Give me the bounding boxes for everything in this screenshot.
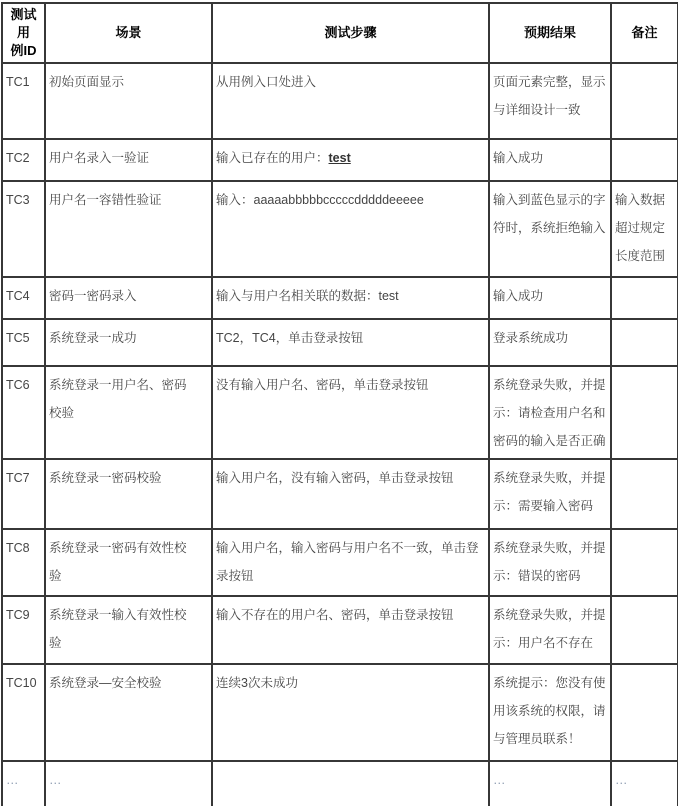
table-row: TC1 初始页面显示 从用例入口处进入 页面元素完整，显示 与详细设计一致 bbox=[2, 63, 678, 139]
cell-case-id: TC4 bbox=[2, 277, 45, 319]
cell-expected: 输入成功 bbox=[489, 277, 611, 319]
col-header-note: 备注 bbox=[611, 3, 678, 63]
cell-steps: 从用例入口处进入 bbox=[212, 63, 489, 139]
cell-steps: 输入：aaaaabbbbbcccccdddddeeeee bbox=[212, 181, 489, 277]
cell-note bbox=[611, 529, 678, 596]
cell-scene: 密码一密码录入 bbox=[45, 277, 212, 319]
cell-note bbox=[611, 63, 678, 139]
page: 测试用 例ID 场景 测试步骤 预期结果 备注 TC1 初始页面显示 从用例入口… bbox=[0, 0, 678, 806]
cell-case-id: TC2 bbox=[2, 139, 45, 181]
cell-steps: 没有输入用户名、密码，单击登录按钮 bbox=[212, 366, 489, 459]
cell-expected: … bbox=[489, 761, 611, 806]
cell-expected: 输入到蓝色显示的字 符时，系统拒绝输入 bbox=[489, 181, 611, 277]
cell-note bbox=[611, 596, 678, 664]
cell-case-id: TC1 bbox=[2, 63, 45, 139]
cell-steps: 输入不存在的用户名、密码，单击登录按钮 bbox=[212, 596, 489, 664]
table-row: TC10 系统登录—安全校验 连续3次未成功 系统提示：您没有使 用该系统的权限… bbox=[2, 664, 678, 761]
cell-expected: 系统登录失败，并提 示：请检查用户名和 密码的输入是否正确 bbox=[489, 366, 611, 459]
cell-case-id: TC10 bbox=[2, 664, 45, 761]
steps-text: 输入已存在的用户： bbox=[216, 151, 329, 165]
test-link[interactable]: test bbox=[329, 151, 351, 165]
cell-steps: 输入与用户名相关联的数据：test bbox=[212, 277, 489, 319]
cell-case-id: TC7 bbox=[2, 459, 45, 529]
cell-scene: 系统登录一密码有效性校 验 bbox=[45, 529, 212, 596]
header-row: 测试用 例ID 场景 测试步骤 预期结果 备注 bbox=[2, 3, 678, 63]
col-header-case-id: 测试用 例ID bbox=[2, 3, 45, 63]
cell-case-id: TC9 bbox=[2, 596, 45, 664]
cell-note: 输入数据 超过规定 长度范围 bbox=[611, 181, 678, 277]
table-row: TC9 系统登录一输入有效性校 验 输入不存在的用户名、密码，单击登录按钮 系统… bbox=[2, 596, 678, 664]
cell-scene: 用户名录入一验证 bbox=[45, 139, 212, 181]
test-case-table: 测试用 例ID 场景 测试步骤 预期结果 备注 TC1 初始页面显示 从用例入口… bbox=[1, 2, 678, 806]
cell-note bbox=[611, 277, 678, 319]
cell-expected: 输入成功 bbox=[489, 139, 611, 181]
table-row: TC6 系统登录一用户名、密码 校验 没有输入用户名、密码，单击登录按钮 系统登… bbox=[2, 366, 678, 459]
cell-scene: 用户名一容错性验证 bbox=[45, 181, 212, 277]
cell-expected: 系统提示：您没有使 用该系统的权限，请 与管理员联系！ bbox=[489, 664, 611, 761]
cell-note: … bbox=[611, 761, 678, 806]
col-header-expected: 预期结果 bbox=[489, 3, 611, 63]
cell-case-id: TC3 bbox=[2, 181, 45, 277]
table-row: TC4 密码一密码录入 输入与用户名相关联的数据：test 输入成功 bbox=[2, 277, 678, 319]
table-row: TC3 用户名一容错性验证 输入：aaaaabbbbbcccccdddddeee… bbox=[2, 181, 678, 277]
cell-note bbox=[611, 366, 678, 459]
cell-scene: 系统登录—安全校验 bbox=[45, 664, 212, 761]
cell-expected: 页面元素完整，显示 与详细设计一致 bbox=[489, 63, 611, 139]
cell-steps: TC2，TC4，单击登录按钮 bbox=[212, 319, 489, 366]
col-header-scene: 场景 bbox=[45, 3, 212, 63]
cell-expected: 系统登录失败，并提 示：用户名不存在 bbox=[489, 596, 611, 664]
cell-steps: 连续3次未成功 bbox=[212, 664, 489, 761]
cell-scene: … bbox=[45, 761, 212, 806]
cell-case-id: TC5 bbox=[2, 319, 45, 366]
cell-expected: 登录系统成功 bbox=[489, 319, 611, 366]
cell-note bbox=[611, 664, 678, 761]
cell-note bbox=[611, 319, 678, 366]
cell-case-id: TC8 bbox=[2, 529, 45, 596]
cell-scene: 系统登录一密码校验 bbox=[45, 459, 212, 529]
cell-scene: 系统登录一输入有效性校 验 bbox=[45, 596, 212, 664]
cell-expected: 系统登录失败，并提 示：错误的密码 bbox=[489, 529, 611, 596]
cell-steps: 输入已存在的用户：test bbox=[212, 139, 489, 181]
table-row: … … … … bbox=[2, 761, 678, 806]
table-row: TC5 系统登录一成功 TC2，TC4，单击登录按钮 登录系统成功 bbox=[2, 319, 678, 366]
cell-steps bbox=[212, 761, 489, 806]
table-row: TC7 系统登录一密码校验 输入用户名，没有输入密码，单击登录按钮 系统登录失败… bbox=[2, 459, 678, 529]
cell-scene: 系统登录一用户名、密码 校验 bbox=[45, 366, 212, 459]
cell-note bbox=[611, 459, 678, 529]
col-header-steps: 测试步骤 bbox=[212, 3, 489, 63]
cell-steps: 输入用户名，没有输入密码，单击登录按钮 bbox=[212, 459, 489, 529]
cell-note bbox=[611, 139, 678, 181]
cell-scene: 初始页面显示 bbox=[45, 63, 212, 139]
cell-scene: 系统登录一成功 bbox=[45, 319, 212, 366]
table-row: TC2 用户名录入一验证 输入已存在的用户：test 输入成功 bbox=[2, 139, 678, 181]
cell-case-id: TC6 bbox=[2, 366, 45, 459]
cell-case-id: … bbox=[2, 761, 45, 806]
cell-expected: 系统登录失败，并提 示：需要输入密码 bbox=[489, 459, 611, 529]
table-row: TC8 系统登录一密码有效性校 验 输入用户名，输入密码与用户名不一致，单击登 … bbox=[2, 529, 678, 596]
cell-steps: 输入用户名，输入密码与用户名不一致，单击登 录按钮 bbox=[212, 529, 489, 596]
